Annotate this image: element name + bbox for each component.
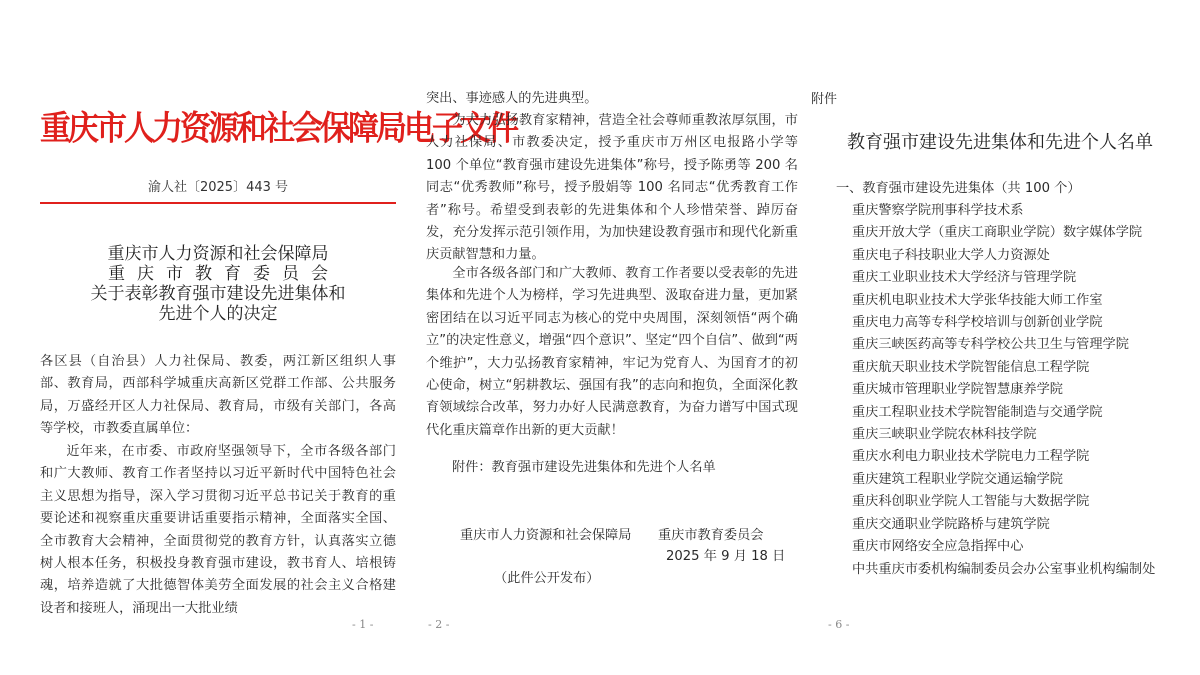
list-item: 重庆交通职业学院路桥与建筑学院 (852, 514, 1155, 536)
signatory-hr-bureau: 重庆市人力资源和社会保障局 (460, 524, 631, 543)
list-item: 重庆建筑工程职业学院交通运输学院 (852, 469, 1155, 491)
body-paragraph-2: 全市各级各部门和广大教师、教育工作者要以受表彰的先进集体和先进个人为榜样，学习先… (426, 263, 798, 442)
page-number: - 2 - (428, 618, 449, 631)
page-number: - 1 - (352, 618, 373, 631)
advanced-collective-list: 重庆警察学院刑事科学技术系 重庆开放大学（重庆工商职业学院）数字媒体学院 重庆电… (852, 200, 1155, 581)
attachment-reference: 附件：教育强市建设先进集体和先进个人名单 (452, 456, 716, 475)
title-line-4: 先进个人的决定 (40, 304, 396, 324)
continued-text: 突出、事迹感人的先进典型。 (426, 88, 798, 110)
document-page-6: 附件 教育强市建设先进集体和先进个人名单 一、教育强市建设先进集体（共 100 … (800, 0, 1200, 675)
document-page-1: 重庆市人力资源和社会保障局电子文件 渝人社〔2025〕443 号 重庆市人力资源… (0, 0, 410, 675)
list-item: 重庆机电职业技术大学张华技能大师工作室 (852, 290, 1155, 312)
list-item: 重庆城市管理职业学院智慧康养学院 (852, 379, 1155, 401)
document-title: 重庆市人力资源和社会保障局 重庆市教育委员会 关于表彰教育强市建设先进集体和 先… (40, 244, 396, 324)
list-item: 重庆市网络安全应急指挥中心 (852, 536, 1155, 558)
list-item: 重庆科创职业学院人工智能与大数据学院 (852, 491, 1155, 513)
list-item: 重庆工业职业技术大学经济与管理学院 (852, 267, 1155, 289)
list-item: 重庆开放大学（重庆工商职业学院）数字媒体学院 (852, 222, 1155, 244)
section-heading: 一、教育强市建设先进集体（共 100 个） (836, 177, 1081, 196)
addressee-paragraph: 各区县（自治县）人力社保局、教委，两江新区组织人事部、教育局，西部科学城重庆高新… (40, 351, 396, 441)
body-paragraph: 近年来，在市委、市政府坚强领导下，全市各级各部门和广大教师、教育工作者坚持以习近… (40, 441, 396, 620)
public-release-note: （此件公开发布） (494, 567, 600, 586)
document-page-2: 突出、事迹感人的先进典型。 为大力弘扬教育家精神，营造全社会尊师重教浓厚氛围，市… (410, 0, 800, 675)
title-line-3: 关于表彰教育强市建设先进集体和 (40, 284, 396, 304)
list-item: 重庆三峡医药高等专科学校公共卫生与管理学院 (852, 334, 1155, 356)
list-item: 重庆航天职业技术学院智能信息工程学院 (852, 357, 1155, 379)
signature-date: 2025 年 9 月 18 日 (666, 545, 785, 564)
body-paragraph-1: 为大力弘扬教育家精神，营造全社会尊师重教浓厚氛围，市人力社保局、市教委决定，授予… (426, 110, 798, 267)
page-number: - 6 - (828, 618, 849, 631)
title-line-2: 重庆市教育委员会 (40, 264, 408, 284)
list-item: 重庆三峡职业学院农林科技学院 (852, 424, 1155, 446)
list-item: 中共重庆市委机构编制委员会办公室事业机构编制处 (852, 559, 1155, 581)
title-line-1: 重庆市人力资源和社会保障局 (40, 244, 396, 264)
list-item: 重庆工程职业技术学院智能制造与交通学院 (852, 402, 1155, 424)
list-item: 重庆警察学院刑事科学技术系 (852, 200, 1155, 222)
signatory-education-commission: 重庆市教育委员会 (658, 524, 764, 543)
list-item: 重庆电力高等专科学校培训与创新创业学院 (852, 312, 1155, 334)
list-item: 重庆电子科技职业大学人力资源处 (852, 245, 1155, 267)
list-item: 重庆水利电力职业技术学院电力工程学院 (852, 446, 1155, 468)
red-divider-line (40, 202, 396, 204)
document-number: 渝人社〔2025〕443 号 (40, 176, 396, 195)
list-title: 教育强市建设先进集体和先进个人名单 (800, 128, 1200, 154)
red-header-title: 重庆市人力资源和社会保障局电子文件 (40, 106, 396, 151)
attachment-label: 附件 (811, 88, 837, 107)
